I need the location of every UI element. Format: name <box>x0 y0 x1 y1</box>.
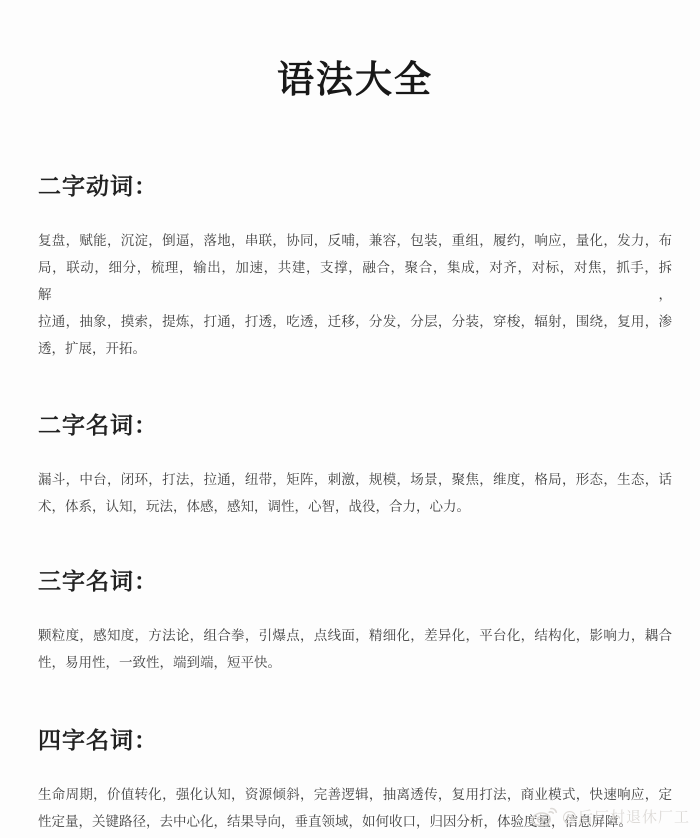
text-line: 性，易用性，一致性，端到端，短平快。 <box>38 650 672 677</box>
text-line: 术，体系，认知，玩法，体感，感知，调性，心智，战役，合力，心力。 <box>38 494 672 521</box>
text-line: 复盘，赋能，沉淀，倒逼，落地，串联，协同，反哺，兼容，包装，重组，履约，响应，量… <box>38 228 672 255</box>
section-heading-two-char-nouns: 二字名词： <box>38 411 672 441</box>
text-line: 颗粒度，感知度，方法论，组合拳，引爆点，点线面，精细化，差异化，平台化，结构化，… <box>38 623 672 650</box>
document-page: 语法大全 二字动词： 复盘，赋能，沉淀，倒逼，落地，串联，协同，反哺，兼容，包装… <box>0 0 700 838</box>
watermark-handle: @后厂村退休厂工 <box>562 806 690 827</box>
text-line: 拉通，抽象，摸索，提炼，打通，打透，吃透，迁移，分发，分层，分装，穿梭，辐射，围… <box>38 309 672 336</box>
watermark: @后厂村退休厂工 <box>531 806 690 827</box>
section-heading-three-char-nouns: 三字名词： <box>38 567 672 597</box>
section-two-char-nouns: 二字名词： 漏斗，中台，闭环，打法，拉通，纽带，矩阵，刺激，规模，场景，聚焦，维… <box>38 411 672 521</box>
text-line: 生命周期，价值转化，强化认知，资源倾斜，完善逻辑，抽离透传，复用打法，商业模式，… <box>38 782 672 809</box>
page-title: 语法大全 <box>38 60 672 100</box>
text-line: 局，联动，细分，梳理，输出，加速，共建，支撑，融合，聚合，集成，对齐，对标，对焦… <box>38 255 672 309</box>
weibo-icon <box>531 807 558 827</box>
word-list-two-char-nouns: 漏斗，中台，闭环，打法，拉通，纽带，矩阵，刺激，规模，场景，聚焦，维度，格局，形… <box>38 467 672 521</box>
word-list-two-char-verbs: 复盘，赋能，沉淀，倒逼，落地，串联，协同，反哺，兼容，包装，重组，履约，响应，量… <box>38 228 672 363</box>
text-line: 漏斗，中台，闭环，打法，拉通，纽带，矩阵，刺激，规模，场景，聚焦，维度，格局，形… <box>38 467 672 494</box>
section-three-char-nouns: 三字名词： 颗粒度，感知度，方法论，组合拳，引爆点，点线面，精细化，差异化，平台… <box>38 567 672 677</box>
section-two-char-verbs: 二字动词： 复盘，赋能，沉淀，倒逼，落地，串联，协同，反哺，兼容，包装，重组，履… <box>38 172 672 363</box>
text-line: 透，扩展，开拓。 <box>38 336 672 363</box>
section-heading-two-char-verbs: 二字动词： <box>38 172 672 202</box>
section-heading-four-char-nouns: 四字名词： <box>38 726 672 756</box>
word-list-three-char-nouns: 颗粒度，感知度，方法论，组合拳，引爆点，点线面，精细化，差异化，平台化，结构化，… <box>38 623 672 677</box>
